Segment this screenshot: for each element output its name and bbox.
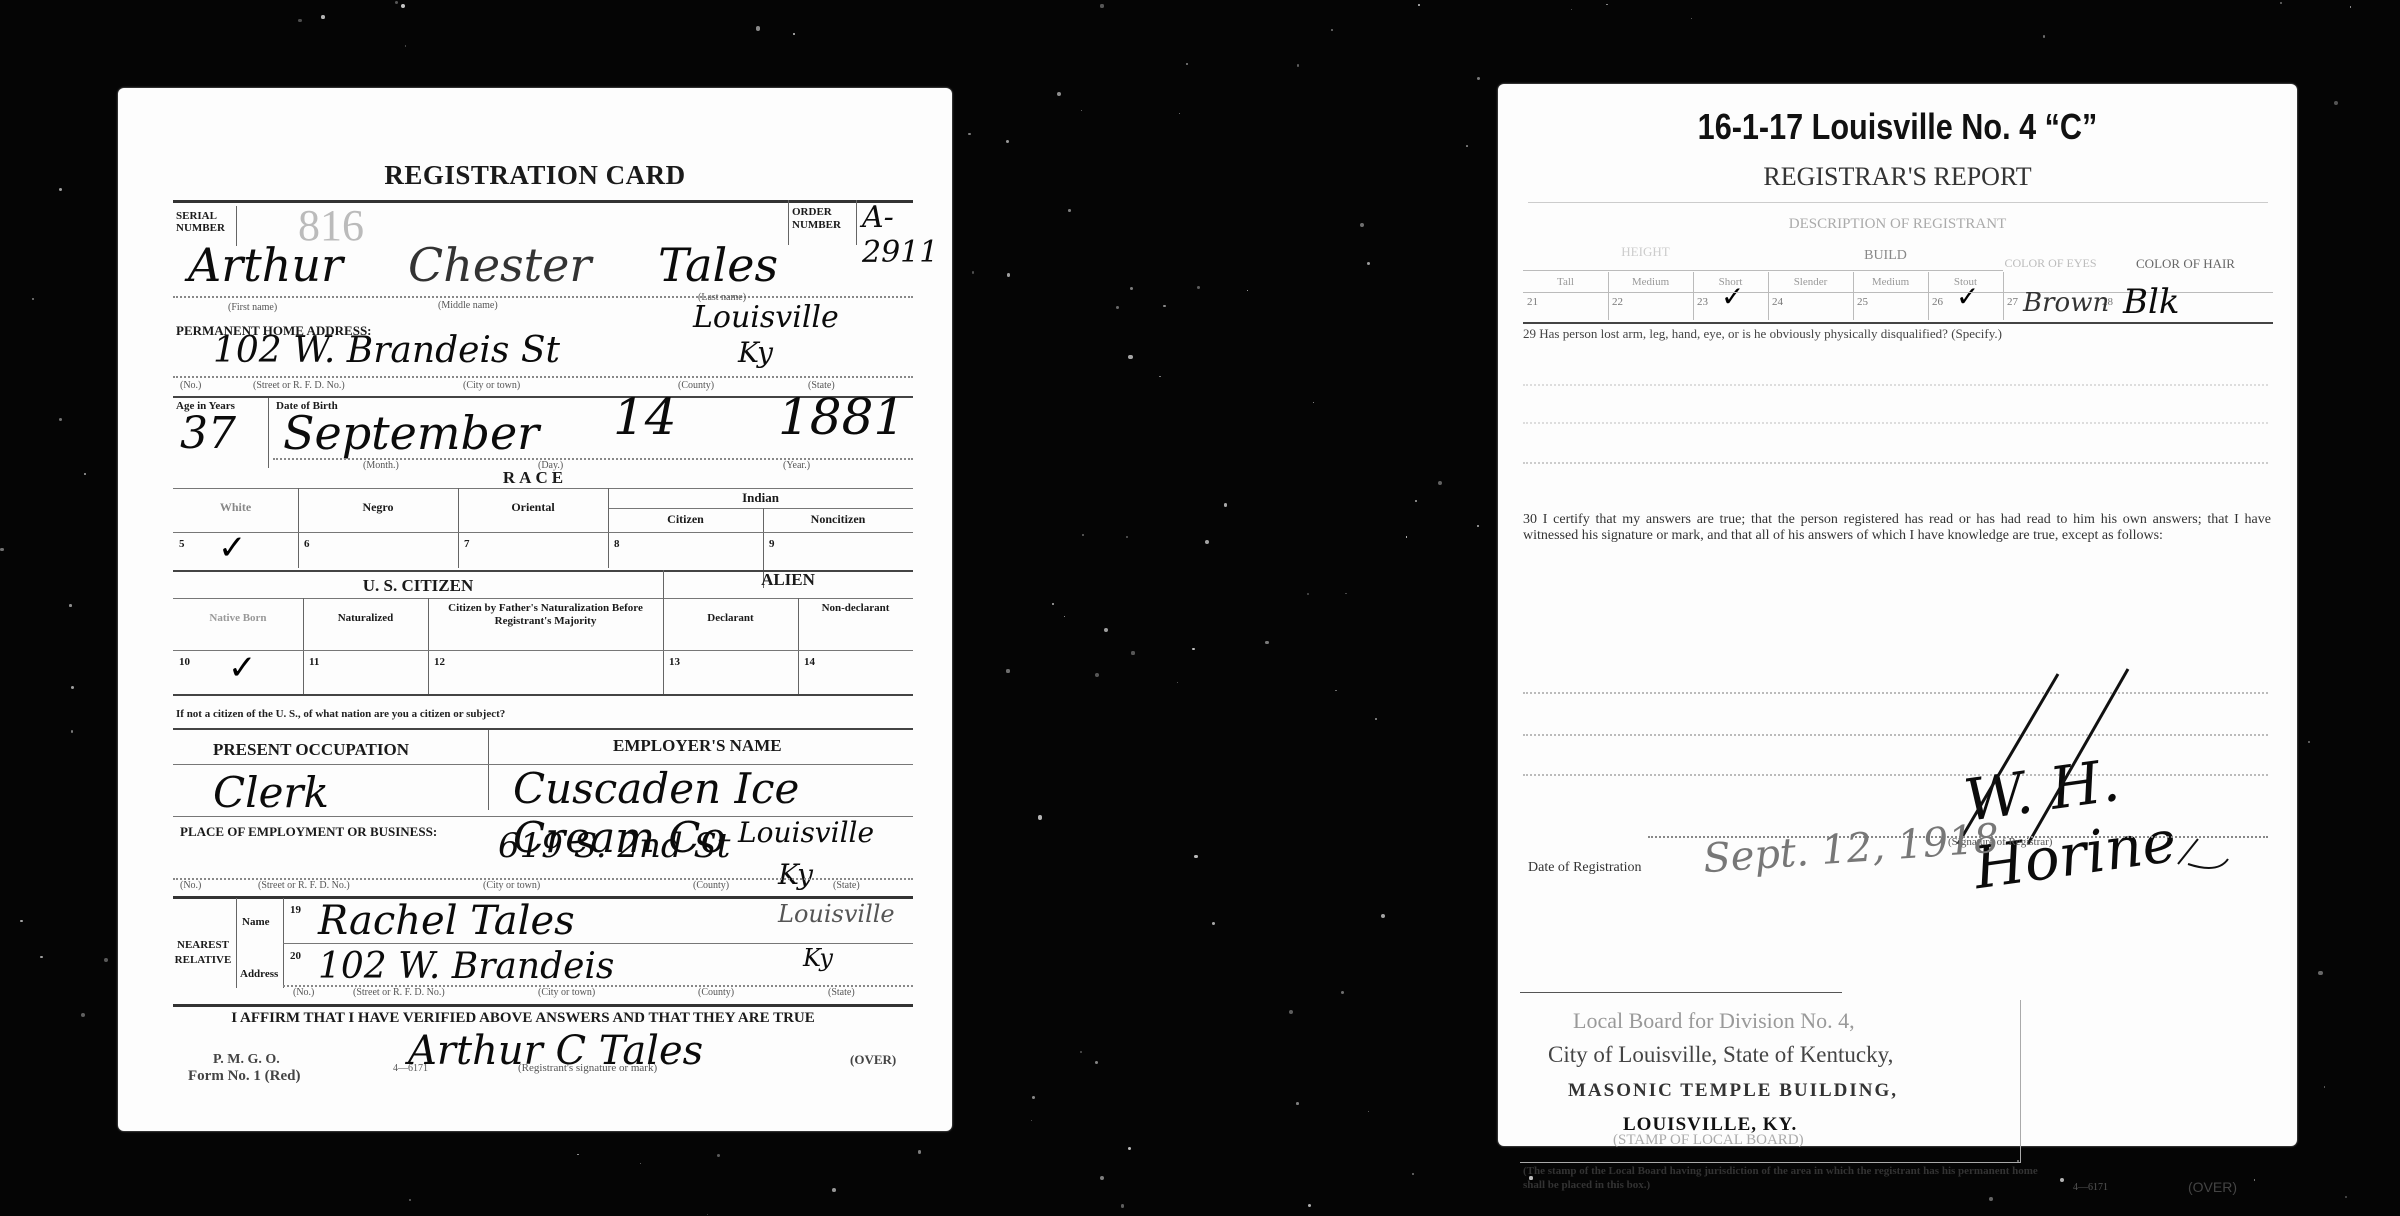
dob-year: 1881 [778,388,905,446]
film-speck [1297,64,1300,67]
middle-name-label: (Middle name) [438,300,498,311]
film-speck [1418,4,1420,6]
divider [458,488,459,568]
relative-address-label: Address [240,968,278,980]
citizen-number: 10 [179,656,190,668]
film-speck [2334,101,2338,105]
citizen-number: 14 [804,656,815,668]
film-speck [1691,18,1692,19]
employment-state: Ky [778,858,813,891]
film-speck [1177,682,1178,683]
film-speck [321,15,325,19]
divider [1608,272,1609,320]
citizen-column: Non-declarant [798,602,913,615]
film-speck [1038,815,1042,819]
divider [798,598,799,695]
film-speck [1116,306,1120,310]
film-speck [2043,35,2046,38]
divider [2003,272,2004,320]
film-speck [1296,1102,1299,1105]
film-speck [918,1150,922,1154]
citizen-number: 12 [434,656,445,668]
film-speck [40,956,43,959]
film-speck [1131,651,1134,654]
employment-street-label: (Street or R. F. D. No.) [258,880,350,891]
film-speck [1307,593,1309,595]
film-speck [1082,534,1084,536]
film-speck [1006,669,1009,672]
film-speck [1606,4,1608,6]
film-speck [298,19,302,23]
description-number: 22 [1612,296,1623,308]
film-speck [1265,641,1268,644]
film-speck [81,1013,85,1017]
description-number: 24 [1772,296,1783,308]
description-number: 21 [1527,296,1538,308]
age-value: 37 [180,408,236,459]
divider [1853,272,1854,320]
home-state: Ky [738,336,773,369]
film-speck [1104,628,1108,632]
divider [788,200,789,245]
film-speck [1100,1176,1104,1180]
relative-street: 102 W. Brandeis [318,946,614,987]
q19-number: 19 [290,904,301,916]
stamp-line-1: Local Board for Division No. 4, [1573,1008,1855,1034]
film-speck [1095,673,1099,677]
build-column: Slender [1768,276,1853,288]
divider [268,398,269,468]
film-speck [640,1163,641,1164]
build-column: Tall [1523,276,1608,288]
race-column-oriental: Oriental [458,500,608,515]
divider [1768,272,1769,320]
film-speck [1571,9,1572,10]
race-column-noncitizen: Noncitizen [763,512,913,527]
divider [173,694,913,696]
film-speck [1412,1173,1414,1175]
employment-city: Louisville [738,816,874,849]
report-print-code: 4—6171 [2073,1182,2108,1193]
film-speck [1368,1111,1369,1112]
eye-color-label: COLOR OF EYES [2003,256,2098,270]
report-title: REGISTRAR'S REPORT [1498,162,2297,192]
film-speck [1212,922,1215,925]
home-street: 102 W. Brandeis St [213,330,560,371]
divider [1528,202,2268,203]
film-speck [1006,140,1009,143]
film-speck [2060,1178,2064,1182]
film-speck [1341,991,1344,994]
description-number: 23 [1697,296,1708,308]
affirmation-text: I AFFIRM THAT I HAVE VERIFIED ABOVE ANSW… [173,1010,873,1027]
race-number: 7 [464,538,470,550]
film-speck [1159,376,1161,378]
film-speck [1095,1061,1098,1064]
film-speck [2254,1179,2255,1180]
film-speck [395,1,398,4]
film-speck [717,1154,720,1157]
film-speck [1057,92,1061,96]
divider [173,296,913,298]
film-speck [32,298,33,299]
film-speck [1179,113,1180,114]
film-speck [59,418,62,421]
employment-city-label: (City or town) [483,880,540,891]
film-speck [1360,223,1364,227]
divider [303,598,304,695]
divider [1693,272,1694,320]
divider [608,488,609,568]
film-speck [1192,648,1195,651]
q20-number: 20 [290,950,301,962]
address-no-label: (No.) [180,380,201,391]
citizen-number: 11 [309,656,319,668]
relative-name: Rachel Tales [318,898,575,944]
citizen-column: Declarant [663,612,798,625]
film-speck [1335,690,1336,691]
description-heading: DESCRIPTION OF REGISTRANT [1498,216,2297,233]
description-checkmark: ✓ [1956,280,1979,313]
film-speck [1313,402,1315,404]
film-speck [2345,1196,2347,1198]
description-number: 27 [2007,296,2018,308]
registrar-report-back: 16-1-17 Louisville No. 4 “C” REGISTRAR'S… [1498,84,2297,1146]
divider [1928,272,1929,320]
film-speck [1126,536,1128,538]
citizen-checkmark: ✓ [228,648,257,688]
relative-street-label: (Street or R. F. D. No.) [353,987,445,998]
film-speck [1031,1120,1033,1122]
description-number: 26 [1932,296,1943,308]
us-citizen-heading: U. S. CITIZEN [173,576,663,596]
divider [173,488,913,489]
film-speck [1194,855,1198,859]
first-name: Arthur [188,238,343,292]
stamp-caption: (STAMP OF LOCAL BOARD) [1613,1132,1804,1149]
over-label: (OVER) [850,1052,896,1068]
last-name: Tales [658,238,778,292]
film-speck [71,730,74,733]
film-speck [1224,503,1228,507]
card-title: REGISTRATION CARD [118,160,952,191]
registration-card-front: REGISTRATION CARD SERIAL NUMBER 816 ORDE… [118,88,952,1131]
race-checkmark: ✓ [218,528,247,568]
film-speck [1197,286,1200,289]
divider [663,570,664,695]
film-speck [1130,287,1133,290]
film-speck [1331,29,1333,31]
film-speck [972,271,974,273]
relative-city-label: (City or town) [538,987,595,998]
alien-heading: ALIEN [663,570,913,590]
address-city-label: (City or town) [463,380,520,391]
film-speck [1308,1204,1311,1207]
divider [173,728,913,730]
film-speck [1080,1051,1083,1054]
address-street-label: (Street or R. F. D. No.) [253,380,345,391]
occupation-label: PRESENT OCCUPATION [213,740,409,760]
film-speck [1247,290,1248,291]
divider [1523,462,2268,464]
address-county-label: (County) [678,380,714,391]
form-id: P. M. G. O. [213,1052,280,1068]
employer-label: EMPLOYER'S NAME [613,736,782,756]
employment-no-label: (No.) [180,880,201,891]
employment-place-label: PLACE OF EMPLOYMENT OR BUSINESS: [180,824,437,840]
film-speck [1438,481,1442,485]
divider [488,730,489,810]
relative-no-label: (No.) [293,987,314,998]
film-speck [2350,6,2351,7]
film-speck [1163,305,1165,307]
indian-label: Indian [608,490,913,506]
film-speck [1989,1197,1993,1201]
divider [1523,384,2268,386]
divider [173,200,913,203]
build-column: Medium [1853,276,1928,288]
film-speck [71,686,74,689]
film-speck [1381,914,1385,918]
divider [608,508,913,509]
film-speck [1052,603,1055,606]
film-speck [20,920,23,923]
film-speck [405,45,406,46]
relative-city: Louisville [778,900,895,928]
race-number: 6 [304,538,310,550]
citizen-column: Naturalized [303,612,428,625]
film-speck [707,1214,708,1215]
citizen-number: 13 [669,656,680,668]
occupation-value: Clerk [213,768,329,817]
film-speck [104,958,108,962]
race-number: 8 [614,538,620,550]
relative-name-label: Name [242,916,270,928]
film-speck [1466,145,1468,147]
height-label: HEIGHT [1523,244,1768,260]
description-checkmark: ✓ [1721,280,1744,313]
film-speck [1121,1204,1124,1207]
question-15: If not a citizen of the U. S., of what n… [176,708,505,720]
description-number: 25 [1857,296,1868,308]
relative-state-label: (State) [828,987,855,998]
first-name-label: (First name) [228,302,277,313]
date-label: Date of Registration [1528,860,1642,876]
divider [173,598,913,599]
film-speck [2324,1086,2326,1088]
film-speck [1345,593,1347,595]
home-city: Louisville [693,300,839,335]
relative-state: Ky [803,944,833,972]
divider [298,488,299,568]
serial-number-label: SERIAL NUMBER [176,210,231,234]
race-column-white: White [173,500,298,515]
hair-color-value: Blk [2123,282,2179,322]
film-speck [1375,718,1377,720]
question-29: 29 Has person lost arm, leg, hand, eye, … [1523,326,2273,342]
stamp-note: (The stamp of the Local Board having jur… [1523,1164,2043,1192]
stamp-box [1520,992,1842,993]
race-column-negro: Negro [298,500,458,515]
stamp-line-2: City of Louisville, State of Kentucky, [1548,1042,1893,1068]
employment-county-label: (County) [693,880,729,891]
dob-day: 14 [613,388,677,446]
report-over-label: (OVER) [2188,1179,2237,1195]
citizen-column: Citizen by Father's Naturalization Befor… [428,602,663,628]
race-number: 9 [769,538,775,550]
signature-label: (Registrant's signature or mark) [518,1062,657,1074]
citizen-column: Native Born [173,612,303,625]
film-speck [1477,77,1480,80]
film-speck [0,548,4,552]
film-speck [2318,971,2322,975]
divider [173,650,913,651]
divider [856,200,857,245]
film-speck [2280,2,2282,4]
header-code: 16-1-17 Louisville No. 4 “C” [1558,106,2237,148]
question-30: 30 I certify that my answers are true; t… [1523,512,2271,544]
race-heading: RACE [118,468,952,488]
eye-color-value: Brown [2023,288,2109,318]
nearest-relative-label: NEAREST RELATIVE [173,938,233,968]
film-speck [1081,110,1082,111]
film-speck [1477,525,1480,528]
divider [173,532,913,533]
hair-color-label: COLOR OF HAIR [2098,256,2273,271]
film-speck [577,1154,579,1156]
order-number-label: ORDER NUMBER [792,206,852,232]
film-speck [968,133,971,136]
build-label: BUILD [1768,248,2003,264]
divider [173,376,913,378]
film-speck [409,1199,412,1202]
divider [1523,270,2003,271]
film-speck [1289,1010,1293,1014]
film-speck [401,4,405,8]
film-speck [1064,616,1065,617]
film-speck [1100,4,1103,7]
film-speck [1128,1147,1132,1151]
order-number: A-2911 [862,200,952,270]
employment-street: 619 S. 2nd St [498,826,730,866]
film-speck [832,1188,836,1192]
middle-name: Chester [408,238,591,292]
film-speck [1205,540,1209,544]
divider [428,598,429,695]
employment-state-label: (State) [833,880,860,891]
film-speck [1032,1096,1035,1099]
film-speck [1068,209,1071,212]
divider [173,1004,913,1007]
race-column-citizen: Citizen [608,512,763,527]
film-speck [756,26,760,30]
film-speck [2308,741,2310,743]
print-code: 4—6171 [393,1063,428,1074]
film-speck [1007,273,1011,277]
film-speck [69,604,72,607]
relative-county-label: (County) [698,987,734,998]
film-speck [1186,63,1188,65]
film-speck [1367,262,1370,265]
divider [1523,322,2273,324]
film-speck [793,33,794,34]
race-number: 5 [179,538,185,550]
film-speck [1406,536,1407,537]
dob-month: September [283,406,539,460]
film-speck [84,473,86,475]
film-speck [59,188,62,191]
build-column: Medium [1608,276,1693,288]
stamp-line-3: MASONIC TEMPLE BUILDING, [1568,1080,1898,1102]
film-speck [1128,355,1132,359]
divider [236,898,237,988]
form-number: Form No. 1 (Red) [188,1068,300,1085]
film-speck [1415,500,1417,502]
divider [1523,422,2268,424]
